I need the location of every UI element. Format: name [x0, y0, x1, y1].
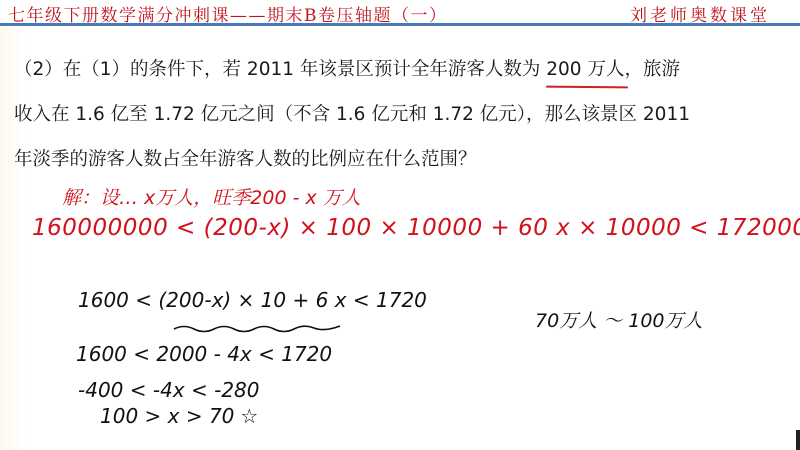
problem-line-1: （2）在（1）的条件下，若 2011 年该景区预计全年游客人数为 200 万人，… [14, 47, 784, 92]
final-answer: 70万人 ～ 100万人 [535, 306, 703, 333]
inequality-revenue: 160000000 < (200-x) × 100 × 10000 + 60 x… [32, 215, 800, 241]
problem-line-2: 收入在 1.6 亿至 1.72 亿元之间（不含 1.6 亿元和 1.72 亿元）… [14, 92, 784, 137]
inequality-simplified: 1600 < (200-x) × 10 + 6 x < 1720 [78, 288, 427, 312]
problem-line-3: 年淡季的游客人数占全年游客人数的比例应在什么范围？ [14, 137, 784, 182]
inequality-result: 100 > x > 70☆ [100, 404, 258, 428]
highlighted-visitors: 200 万人 [546, 47, 624, 92]
result-text: 100 > x > 70 [100, 404, 234, 428]
problem-statement: （2）在（1）的条件下，若 2011 年该景区预计全年游客人数为 200 万人，… [14, 47, 784, 182]
inequality-step-2: 1600 < 2000 - 4x < 1720 [76, 342, 332, 366]
inequality-step-3: -400 < -4x < -280 [78, 378, 260, 402]
solution-setup: 解：设… x万人，旺季200 - x 万人 [62, 183, 361, 210]
wavy-underline [172, 324, 342, 334]
header-divider [0, 23, 800, 26]
edge-marker [796, 430, 800, 450]
problem-text: ，旅游 [624, 59, 680, 80]
slide-header: 七年级下册数学满分冲刺课——期末B卷压轴题（一） 刘老师奥数课堂 [0, 0, 800, 24]
star-icon: ☆ [240, 404, 258, 428]
problem-text: （2）在（1）的条件下，若 2011 年该景区预计全年游客人数为 [14, 59, 546, 80]
